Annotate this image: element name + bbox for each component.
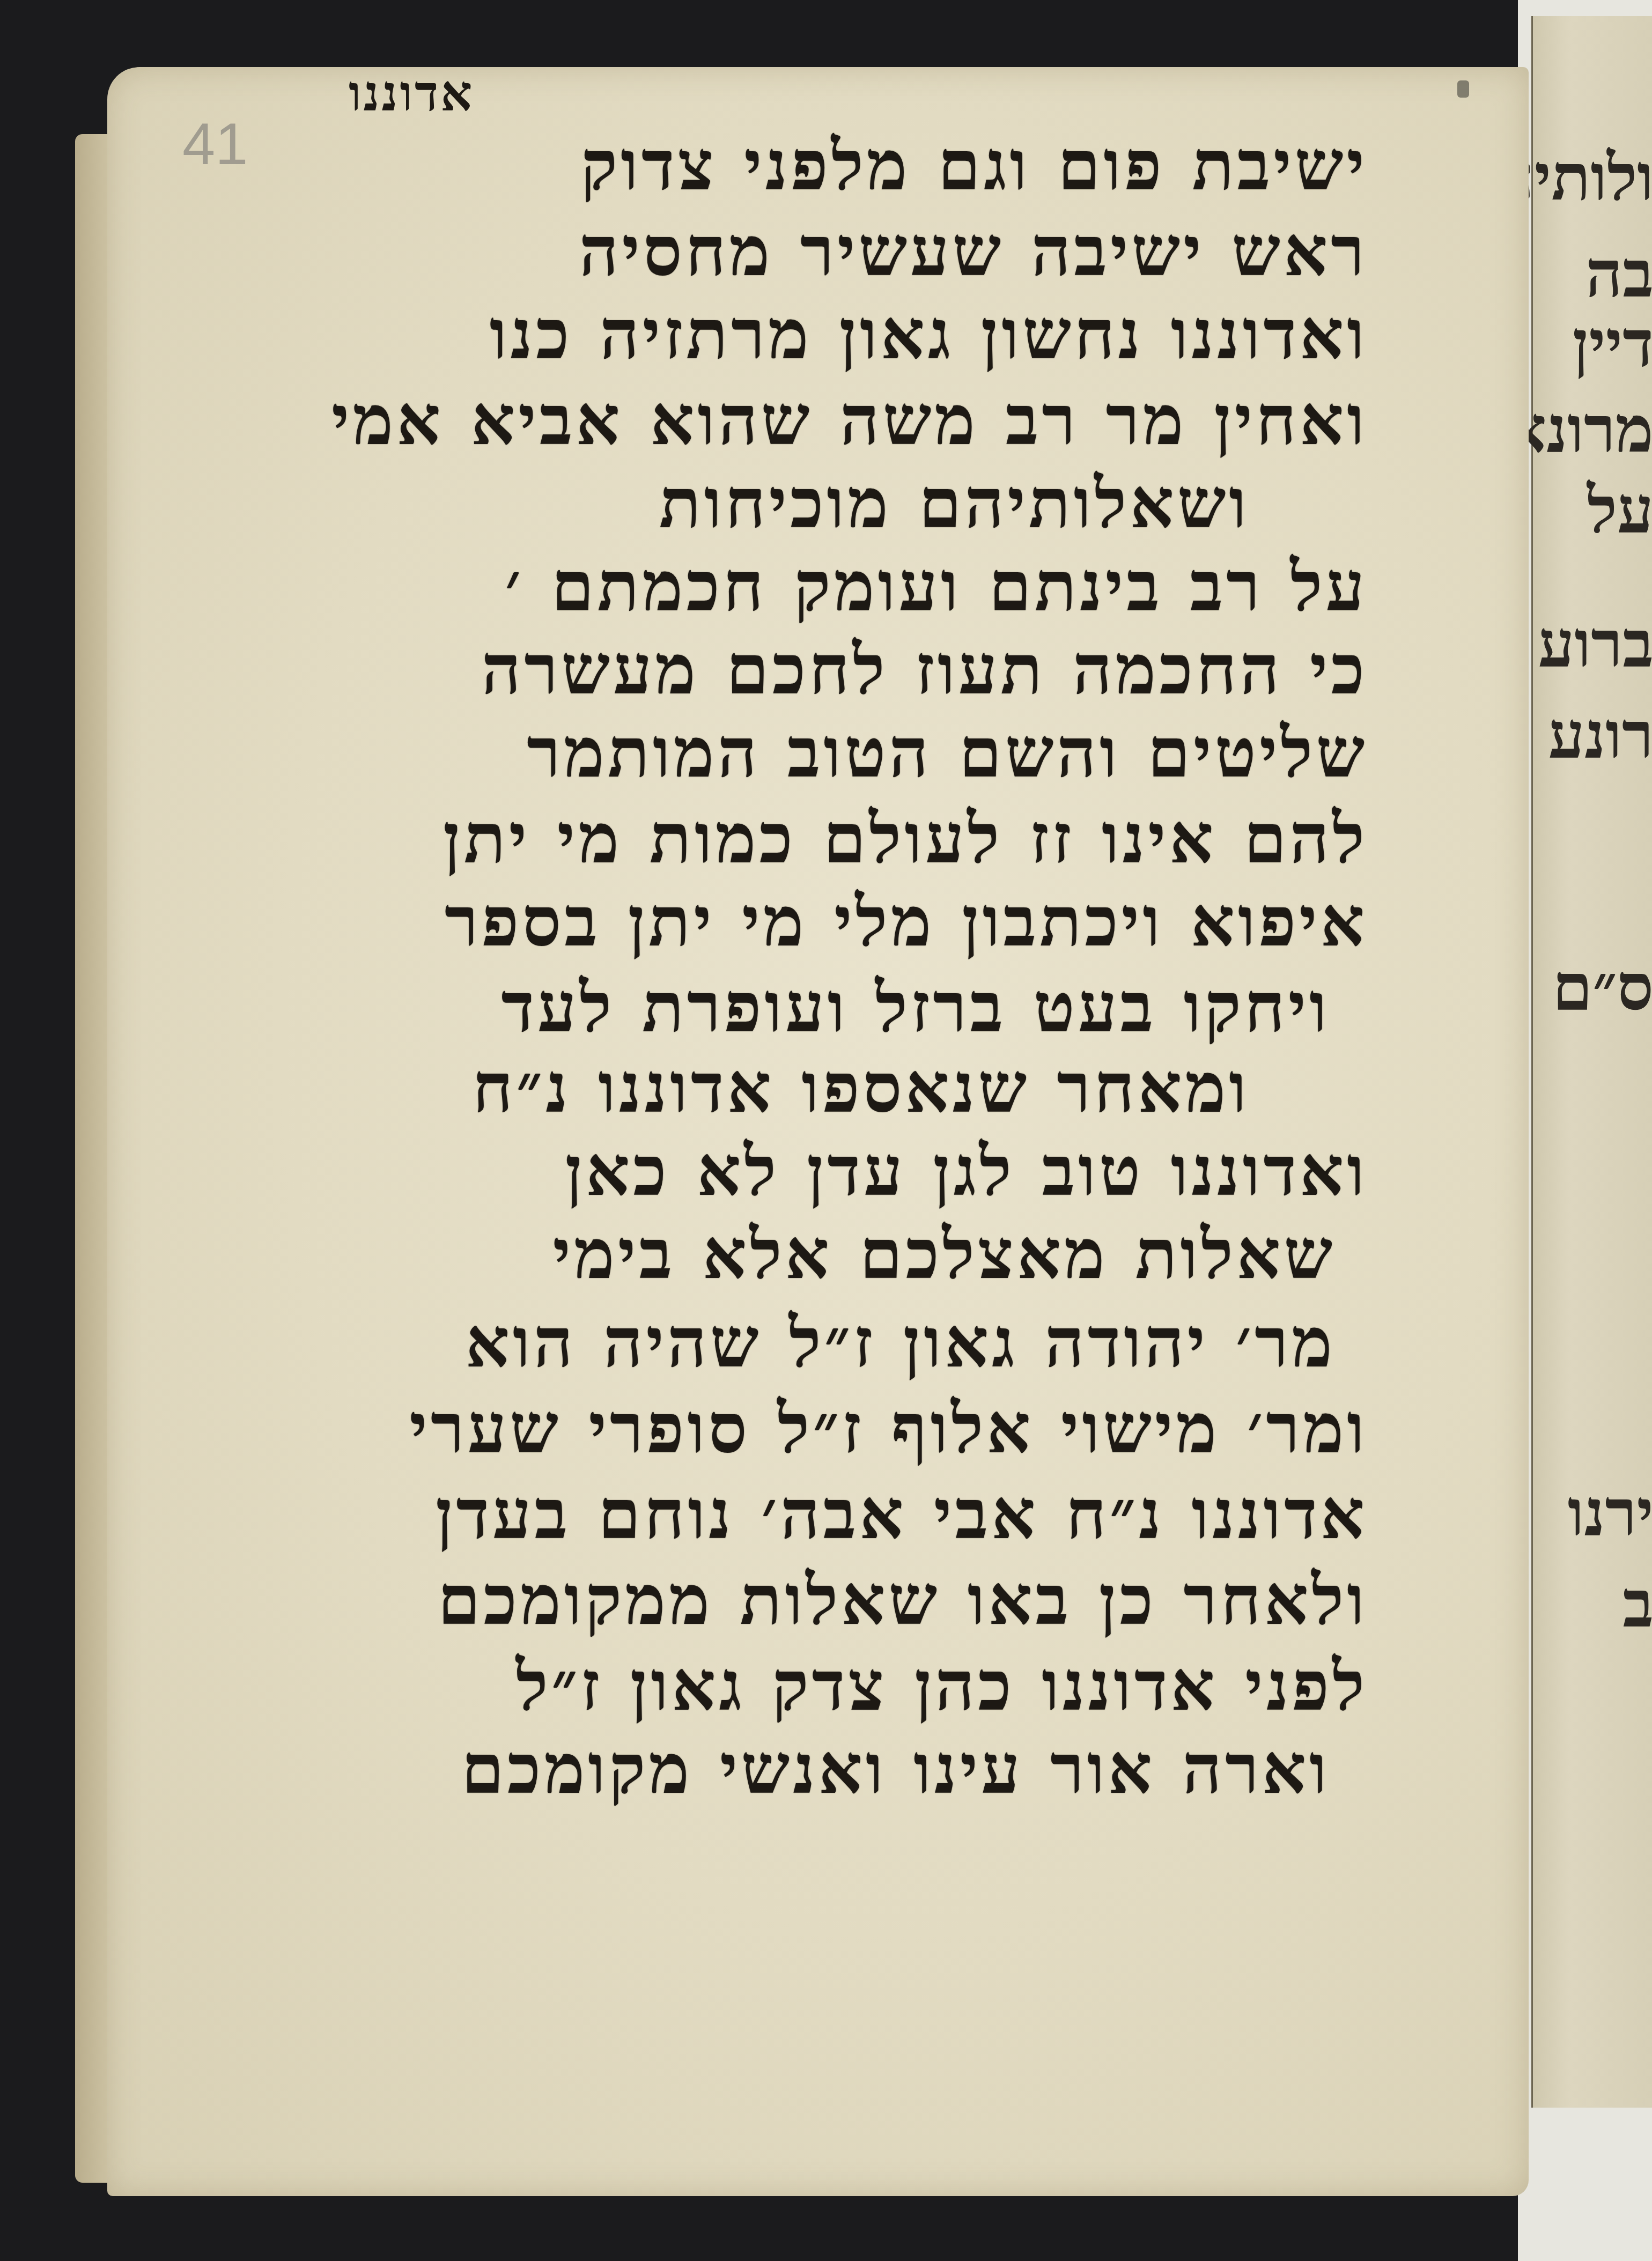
neighbor-fragment: ב: [1622, 1566, 1652, 1642]
neighbor-fragment: רונע: [1548, 697, 1652, 773]
text-line: להם אינו זז לעולם כמות מי יתן: [443, 804, 1368, 873]
neighbor-fragment: בה: [1585, 236, 1652, 312]
neighbor-fragment: דיין: [1573, 306, 1652, 381]
text-line: על רב בינתם ועומק חכמתם ׳: [505, 552, 1368, 621]
neighbor-fragment: על: [1587, 472, 1652, 548]
text-line: ולאחר כן באו שאלות ממקומכם: [438, 1566, 1368, 1635]
text-line: לפני אדוננו כהן צדק גאון ז״ל: [516, 1652, 1368, 1720]
text-line: מר׳ יהודה גאון ז״ל שהיה הוא: [466, 1309, 1336, 1377]
text-line: כי החכמה תעוז לחכם מעשרה: [482, 636, 1368, 704]
text-line: ומאחר שנאספו אדוננו נ״ח: [473, 1054, 1250, 1122]
neighbor-fragment: ברוע: [1538, 606, 1652, 682]
text-line: ומר׳ מישוי אלוף ז״ל סופרי שערי: [409, 1394, 1368, 1463]
marginal-note: אדוננו: [349, 64, 474, 122]
text-line: שאלות מאצלכם אלא בימי: [552, 1220, 1336, 1289]
text-line: ואדוננו נחשון גאון מרתזיה כנו: [490, 300, 1368, 369]
manuscript-text: אדוננו ישיבת פום וגם מלפני צדוק ראש ישיב…: [123, 0, 1368, 2261]
text-line: ואדוננו טוב לגן עדן לא כאן: [565, 1137, 1368, 1206]
text-line: איפוא ויכתבון מלי מי יתן בספר: [445, 888, 1368, 956]
text-line: ואחין מר רב משה שהוא אביא אמי: [331, 386, 1368, 455]
pencil-mark: [1457, 80, 1469, 98]
text-line: ושאלותיהם מוכיחות: [659, 469, 1250, 538]
neighbor-page: ולותיהם בה דיין מרונא על ברוע רונע ס״ם י…: [1531, 16, 1652, 2108]
text-line: ישיבת פום וגם מלפני צדוק: [581, 131, 1368, 200]
neighbor-fragment: ירנו: [1568, 1475, 1652, 1550]
text-line: ראש ישיבה שעשיר מחסיה: [579, 217, 1368, 286]
text-line: שליטים והשם הטוב המותמר: [527, 719, 1368, 787]
text-line: ויחקו בעט ברזל ועופרת לעד: [501, 973, 1331, 1042]
text-line: וארה אור עינו ואנשי מקומכם: [461, 1735, 1330, 1804]
neighbor-fragment: ס״ם: [1552, 949, 1652, 1025]
text-line: אדוננו נ״ח אבי אבה׳ נוחם בעדן: [436, 1480, 1368, 1549]
manuscript-viewer: ולותיהם בה דיין מרונא על ברוע רונע ס״ם י…: [0, 0, 1652, 2261]
